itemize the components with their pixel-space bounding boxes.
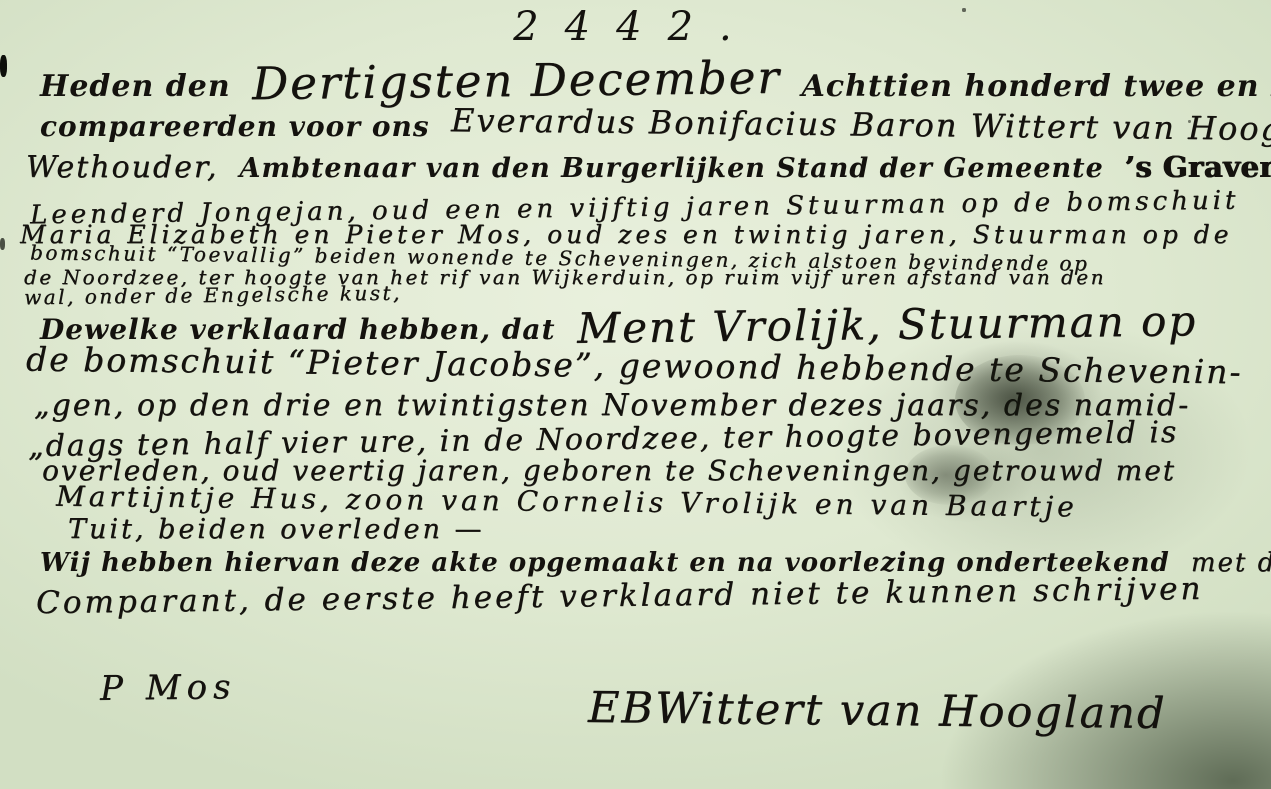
printed-year: Achttien honderd twee en zeventig, bbox=[802, 69, 1271, 104]
line-parents-deceased: Tuit, beiden overleden — bbox=[68, 514, 484, 545]
ink-stain bbox=[955, 355, 1085, 445]
signature-witness: P Mos bbox=[100, 668, 236, 708]
blackletter-city-name: ’s Gravenhage, bbox=[1125, 150, 1271, 184]
line-official-title: Wethouder, Ambtenaar van den Burgerlijke… bbox=[26, 150, 1271, 185]
signature-official: EBWittert van Hoogland bbox=[588, 686, 1166, 736]
ink-stain bbox=[905, 445, 995, 505]
handwritten-official-name: Everardus Bonifacius Baron Wittert van H… bbox=[451, 101, 1271, 149]
document-scan: 2442. Heden den Dertigsten December Acht… bbox=[0, 0, 1271, 789]
scan-edge-mark bbox=[0, 238, 5, 250]
scan-edge-mark bbox=[0, 55, 7, 77]
printed-text: compareerden voor ons bbox=[40, 110, 430, 143]
printed-text: Heden den bbox=[40, 69, 231, 104]
act-number-text: 2442. bbox=[513, 4, 758, 50]
handwritten-title: Wethouder, bbox=[26, 150, 218, 185]
line-date: Heden den Dertigsten December Achttien h… bbox=[40, 54, 1271, 107]
official-signature-text: EBWittert van Hoogland bbox=[588, 683, 1167, 739]
handwritten-text: Tuit, beiden overleden — bbox=[68, 514, 484, 545]
handwritten-text: Comparant, de eerste heeft verklaard nie… bbox=[36, 571, 1204, 621]
handwritten-deceased-name: Ment Vrolijk, Stuurman op bbox=[576, 296, 1197, 353]
scan-speck bbox=[1188, 120, 1191, 123]
witness-signature-text: P Mos bbox=[100, 667, 237, 709]
act-number: 2442. bbox=[0, 4, 1271, 50]
line-declarant-1: Leenderd Jongejan, oud een en vijftig ja… bbox=[30, 193, 1239, 223]
line-closing-2: Comparant, de eerste heeft verklaard nie… bbox=[36, 578, 1203, 614]
line-comparants-intro: compareerden voor ons Everardus Bonifaci… bbox=[40, 106, 1271, 144]
scan-speck bbox=[962, 8, 966, 12]
printed-registrar-text: Ambtenaar van den Burgerlijken Stand der… bbox=[240, 153, 1104, 184]
